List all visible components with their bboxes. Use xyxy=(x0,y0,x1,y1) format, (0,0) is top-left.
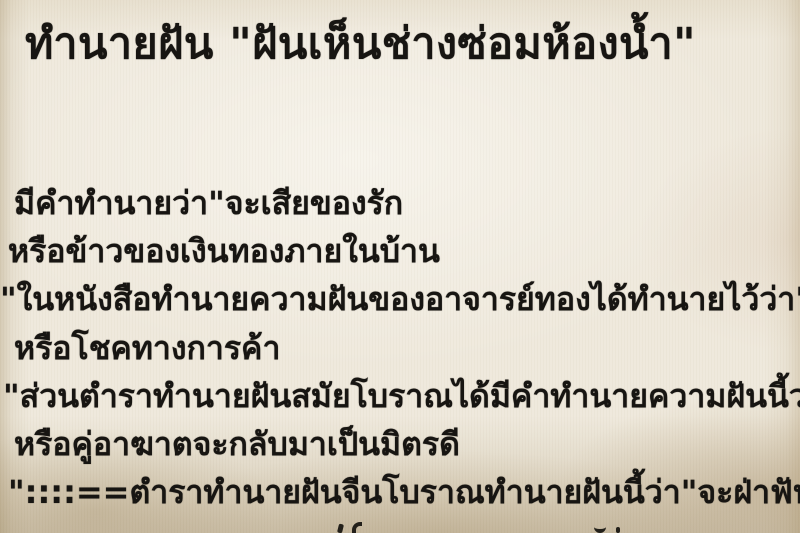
body-line-6: หรือคู่อาฆาตจะกลับมาเป็นมิตรดี xyxy=(14,422,460,466)
body-line-7: "::::==ตำราทำนายฝันจีนโบราณทำนายฝันนี้ว่… xyxy=(8,470,800,514)
paper-background: ทำนายฝัน "ฝันเห็นช่างซ่อมห้องน้ำ" มีคำทำ… xyxy=(0,0,800,533)
partial-line-fragment xyxy=(352,522,362,533)
body-line-1: มีคำทำนายว่า"จะเสียของรัก xyxy=(14,181,403,225)
body-line-2: หรือข้าวของเงินทองภายในบ้าน xyxy=(8,229,440,273)
partial-line-fragment xyxy=(594,525,606,533)
body-line-5: "ส่วนตำราทำนายฝันสมัยโบราณได้มีคำทำนายคว… xyxy=(3,374,800,418)
body-line-3: "ในหนังสือทำนายความฝันของอาจารย์ทองได้ทำ… xyxy=(0,277,800,321)
body-line-4: หรือโชคทางการค้า xyxy=(14,326,280,370)
partial-line-fragment xyxy=(337,524,344,533)
page-title: ทำนายฝัน "ฝันเห็นช่างซ่อมห้องน้ำ" xyxy=(25,14,696,74)
partial-line-fragment xyxy=(616,527,620,533)
